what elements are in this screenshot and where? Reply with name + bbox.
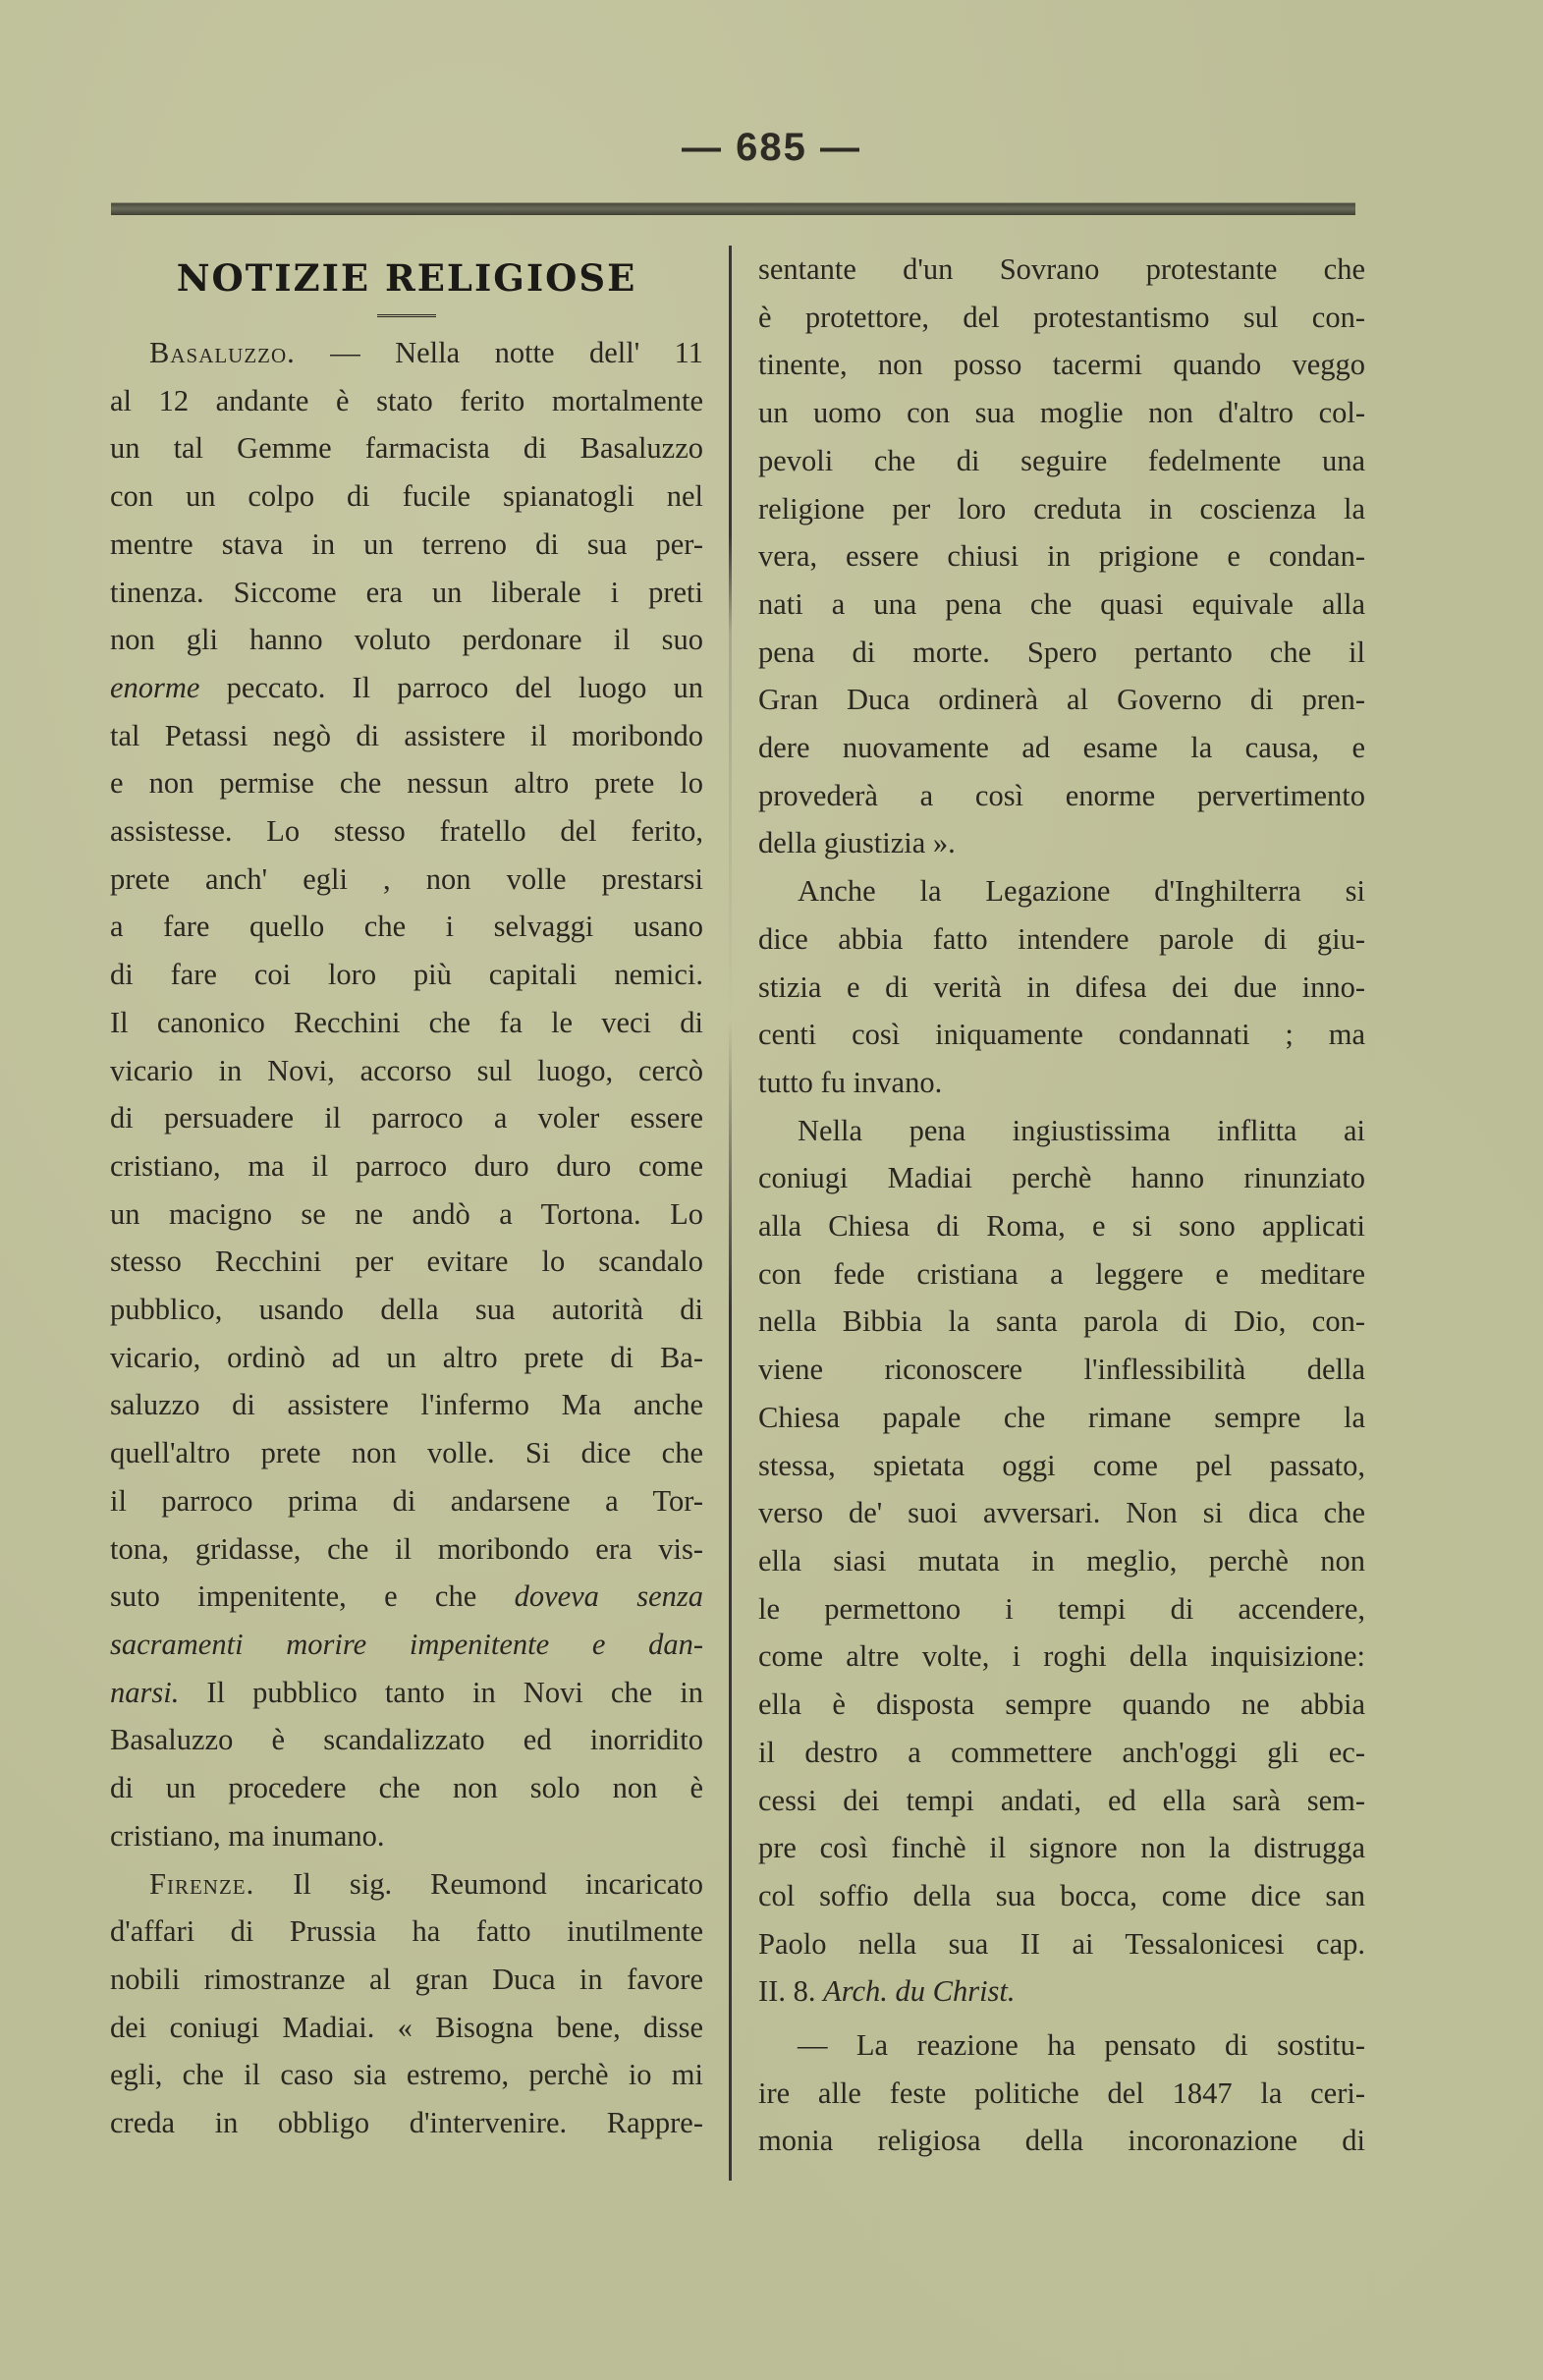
article-firenze: Firenze. Il sig. Reumond incaricato d'af…	[110, 1860, 703, 2147]
text-line: cristiano, ma il parroco duro duro come	[110, 1142, 703, 1190]
text-line: Gran Duca ordinerà al Governo di pren-	[758, 676, 1365, 724]
text-line: vera, essere chiusi in prigione e condan…	[758, 532, 1365, 581]
article-basaluzzo: Basaluzzo. — Nella notte dell' 11 al 12 …	[110, 329, 703, 1860]
paragraph-reazione: — La reazione ha pensato di sostitu- ire…	[758, 2021, 1365, 2165]
text-line: quell'altro prete non volle. Si dice che	[110, 1429, 703, 1477]
text-line: ire alle feste politiche del 1847 la cer…	[758, 2070, 1365, 2118]
text-line: il destro a commettere anch'oggi gli ec-	[758, 1729, 1365, 1777]
text-line: assistesse. Lo stesso fratello del ferit…	[110, 807, 703, 856]
text-line: un tal Gemme farmacista di Basaluzzo	[110, 424, 703, 472]
text-line: è protettore, del protestantismo sul con…	[758, 294, 1365, 342]
text-line: d'affari di Prussia ha fatto inutilmente	[110, 1908, 703, 1956]
text-line: pubblico, usando della sua autorità di	[110, 1286, 703, 1334]
text-line: stessa, spietata oggi come pel passato,	[758, 1442, 1365, 1490]
text-line: dere nuovamente ad esame la causa, e	[758, 724, 1365, 772]
text-line: ella è disposta sempre quando ne abbia	[758, 1681, 1365, 1729]
italic-word: enorme	[110, 671, 199, 704]
text-line: cessi dei tempi andati, ed ella sarà sem…	[758, 1777, 1365, 1825]
place-name: Firenze.	[149, 1867, 254, 1901]
text-line: pena di morte. Spero pertanto che il	[758, 629, 1365, 677]
text-line: II. 8. Arch. du Christ.	[758, 1967, 1365, 2016]
text-line: stesso Recchini per evitare lo scandalo	[110, 1238, 703, 1286]
text-line: vicario in Novi, accorso sul luogo, cerc…	[110, 1047, 703, 1095]
text-line: — La reazione ha pensato di sostitu-	[758, 2021, 1365, 2070]
section-title: NOTIZIE RELIGIOSE	[110, 253, 703, 303]
text-line: dice abbia fatto intendere parole di giu…	[758, 915, 1365, 964]
text-line: mentre stava in un terreno di sua per-	[110, 521, 703, 569]
page-number: — 685 —	[0, 126, 1543, 170]
text-line: tona, gridasse, che il moribondo era vis…	[110, 1525, 703, 1574]
text-line: sacramenti morire impenitente e dan-	[110, 1621, 703, 1669]
text-line: Il canonico Recchini che fa le veci di	[110, 999, 703, 1047]
text-line: ella siasi mutata in meglio, perchè non	[758, 1537, 1365, 1585]
header-rule	[111, 202, 1355, 215]
source-citation: Arch. du Christ.	[823, 1974, 1015, 2008]
text-line: Firenze. Il sig. Reumond incaricato	[110, 1860, 703, 1909]
italic-phrase: sacramenti morire impenitente e dan-	[110, 1628, 703, 1661]
text-line: un uomo con sua moglie non d'altro col-	[758, 389, 1365, 437]
text-line: nati a una pena che quasi equivale alla	[758, 581, 1365, 629]
text-line: Basaluzzo. — Nella notte dell' 11	[110, 329, 703, 377]
italic-phrase: narsi.	[110, 1676, 179, 1709]
italic-phrase: doveva senza	[515, 1579, 703, 1613]
text-line: prete anch' egli , non volle prestarsi	[110, 856, 703, 904]
text-line: saluzzo di assistere l'infermo Ma anche	[110, 1381, 703, 1429]
left-column: NOTIZIE RELIGIOSE Basaluzzo. — Nella not…	[110, 236, 703, 2147]
paragraph-madiai: Nella pena ingiustissima inflitta ai con…	[758, 1107, 1365, 2016]
text-line: cristiano, ma inumano.	[110, 1812, 703, 1860]
right-column: sentante d'un Sovrano protestante che è …	[758, 246, 1365, 2165]
paragraph-legazione: Anche la Legazione d'Inghilterra si dice…	[758, 867, 1365, 1107]
text-line: nobili rimostranze al gran Duca in favor…	[110, 1956, 703, 2004]
citation-ref: II. 8.	[758, 1974, 823, 2008]
text-line: alla Chiesa di Roma, e si sono applicati	[758, 1202, 1365, 1250]
text-line: religione per loro creduta in coscienza …	[758, 485, 1365, 533]
text-line: tutto fu invano.	[758, 1059, 1365, 1107]
text-line: egli, che il caso sia estremo, perchè io…	[110, 2051, 703, 2099]
text-line: Paolo nella sua II ai Tessalonicesi cap.	[758, 1920, 1365, 1968]
text-line: di persuadere il parroco a voler essere	[110, 1094, 703, 1142]
text-line: sentante d'un Sovrano protestante che	[758, 246, 1365, 294]
text-line: tinente, non posso tacermi quando veggo	[758, 341, 1365, 389]
text-line: un macigno se ne andò a Tortona. Lo	[110, 1190, 703, 1239]
text-line: col soffio della sua bocca, come dice sa…	[758, 1872, 1365, 1920]
text-line: pre così finchè il signore non la distru…	[758, 1824, 1365, 1872]
text-line: Basaluzzo è scandalizzato ed inorridito	[110, 1716, 703, 1764]
text-line: enorme peccato. Il parroco del luogo un	[110, 664, 703, 712]
text-line: a fare quello che i selvaggi usano	[110, 903, 703, 951]
text-line: monia religiosa della incoronazione di	[758, 2117, 1365, 2165]
text-line: come altre volte, i roghi della inquisiz…	[758, 1633, 1365, 1681]
text-line: nella Bibbia la santa parola di Dio, con…	[758, 1298, 1365, 1346]
text-line: Chiesa papale che rimane sempre la	[758, 1394, 1365, 1442]
text-line: di un procedere che non solo non è	[110, 1764, 703, 1812]
text-line: dei coniugi Madiai. « Bisogna bene, diss…	[110, 2004, 703, 2052]
text-line: creda in obbligo d'intervenire. Rappre-	[110, 2099, 703, 2147]
text-line: pevoli che di seguire fedelmente una	[758, 437, 1365, 485]
column-divider	[729, 246, 732, 2181]
text-line: non gli hanno voluto perdonare il suo	[110, 616, 703, 664]
text-line: il parroco prima di andarsene a Tor-	[110, 1477, 703, 1525]
text-line: viene riconoscere l'inflessibilità della	[758, 1346, 1365, 1394]
text-line: le permettono i tempi di accendere,	[758, 1585, 1365, 1633]
text-fragment: peccato. Il parroco del luogo un	[227, 671, 703, 704]
text-line: tinenza. Siccome era un liberale i preti	[110, 569, 703, 617]
text-line: narsi. Il pubblico tanto in Novi che in	[110, 1669, 703, 1717]
paragraph-quote-continuation: sentante d'un Sovrano protestante che è …	[758, 246, 1365, 867]
text-line: con un colpo di fucile spianatogli nel	[110, 472, 703, 521]
text-line: centi così iniquamente condannati ; ma	[758, 1011, 1365, 1059]
text-line: stizia e di verità in difesa dei due inn…	[758, 964, 1365, 1012]
text-line: e non permise che nessun altro prete lo	[110, 759, 703, 807]
place-name: Basaluzzo.	[149, 336, 296, 369]
text-line: suto impenitente, e che doveva senza	[110, 1573, 703, 1621]
text-line: provederà a così enorme pervertimento	[758, 772, 1365, 820]
text-line: della giustizia ».	[758, 819, 1365, 867]
text-line: vicario, ordinò ad un altro prete di Ba-	[110, 1334, 703, 1382]
text-line: tal Petassi negò di assistere il moribon…	[110, 712, 703, 760]
text-line: coniugi Madiai perchè hanno rinunziato	[758, 1154, 1365, 1202]
text-line: di fare coi loro più capitali nemici.	[110, 951, 703, 999]
text-line: verso de' suoi avversari. Non si dica ch…	[758, 1489, 1365, 1537]
text-line: con fede cristiana a leggere e meditare	[758, 1250, 1365, 1299]
title-ornament	[377, 304, 436, 317]
text-line: Nella pena ingiustissima inflitta ai	[758, 1107, 1365, 1155]
text-line: al 12 andante è stato ferito mortalmente	[110, 377, 703, 425]
text-line: Anche la Legazione d'Inghilterra si	[758, 867, 1365, 915]
